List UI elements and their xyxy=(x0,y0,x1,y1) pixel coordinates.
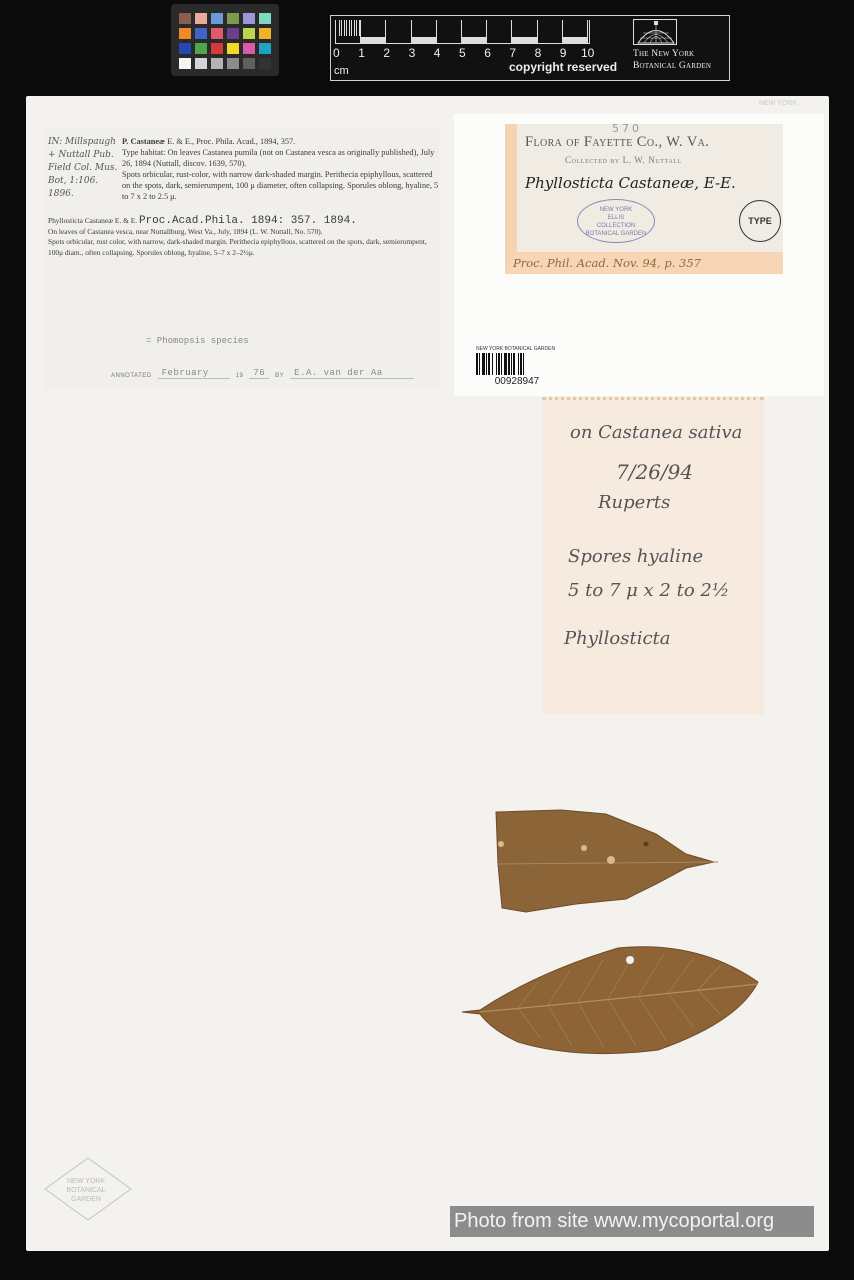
ruler-number: 9 xyxy=(560,46,567,60)
color-swatch xyxy=(195,13,207,24)
ruler-mm-tick xyxy=(339,20,340,36)
ruler-number: 4 xyxy=(434,46,441,60)
ruler-number: 6 xyxy=(484,46,491,60)
ruler-mm-tick xyxy=(351,20,352,36)
barcode-institution: NEW YORK BOTANICAL GARDEN xyxy=(476,346,558,352)
barcode-bars-icon xyxy=(476,353,558,375)
annotation-annotator: E.A. van der Aa xyxy=(290,368,414,379)
conservatory-dome-icon xyxy=(633,19,677,45)
color-swatch xyxy=(227,13,239,24)
ruler-segment xyxy=(437,20,462,44)
ruler-copyright: copyright reserved xyxy=(509,60,617,74)
ruler-mm-tick xyxy=(346,20,347,36)
color-swatch xyxy=(227,28,239,39)
color-swatch xyxy=(243,43,255,54)
color-swatch xyxy=(243,58,255,69)
stamp-line: ELLIS xyxy=(578,214,654,222)
diamond-stamp-text: NEW YORK BOTANICAL GARDEN xyxy=(56,1177,116,1204)
ruler-segment xyxy=(487,20,512,44)
clipping1-habitat: Type habitat: On leaves Castanea pumila … xyxy=(122,147,442,169)
species-name-handwritten: Phyllosticta Castaneæ, E-E. xyxy=(525,174,736,192)
ruler-bar xyxy=(462,37,487,43)
ruler-mm-tick xyxy=(341,20,342,36)
color-swatch xyxy=(179,58,191,69)
packet-date-line: 7/26/94 xyxy=(616,460,693,484)
ruler-scale-bar xyxy=(335,20,590,44)
nybg-wordmark-line1: The New York xyxy=(633,48,711,60)
ruler-segment xyxy=(538,20,563,44)
ruler-mm-tick xyxy=(359,20,360,36)
color-checker-card xyxy=(171,4,279,76)
annotation-slip: ANNOTATED February 19 76 BY E.A. van der… xyxy=(111,368,414,379)
ruler-bar xyxy=(412,37,437,43)
ruler-number: 2 xyxy=(383,46,390,60)
collector-line: Collected by L. W. Nuttall xyxy=(565,155,682,165)
ruler-mm-tick xyxy=(349,20,350,36)
ruler-mm-tick xyxy=(354,20,355,36)
annotation-by-label: BY xyxy=(275,373,284,379)
source-watermark: Photo from site www.mycoportal.org xyxy=(450,1206,814,1237)
ruler-number: 3 xyxy=(409,46,416,60)
ruler-number: 0 xyxy=(333,46,340,60)
clipping2-name: Phyllosticta Castaneæ E. & E. xyxy=(48,216,137,225)
annotation-year-prefix: 19 xyxy=(236,373,244,379)
stamp-line: BOTANICAL xyxy=(56,1186,116,1195)
ruler-bar xyxy=(512,37,537,43)
ruler-unit: cm xyxy=(334,65,349,77)
packet-size-line: 5 to 7 μ x 2 to 2½ xyxy=(568,580,729,601)
stamp-line: NEW YORK xyxy=(56,1177,116,1186)
ruler-mm-tick xyxy=(356,20,357,36)
color-swatch xyxy=(195,58,207,69)
packet-host-line: on Castanea sativa xyxy=(570,422,742,443)
barcode-number: 00928947 xyxy=(476,376,558,387)
annotation-month: February xyxy=(158,368,230,379)
color-swatch xyxy=(179,13,191,24)
clipping1-authority: E. & E., Proc. Phila. Acad., 1894, 357. xyxy=(167,137,295,146)
publication-clipping-2: Phyllosticta Castaneæ E. & E. Proc.Acad.… xyxy=(48,216,438,258)
color-swatch xyxy=(179,43,191,54)
color-swatch xyxy=(179,28,191,39)
ruler-numbers: 012345678910 xyxy=(333,46,603,60)
color-swatch xyxy=(211,43,223,54)
ruler-number: 7 xyxy=(509,46,516,60)
ruler-segment xyxy=(386,20,411,44)
publication-clipping-1: P. Castaneæ E. & E., Proc. Phila. Acad.,… xyxy=(122,136,442,202)
stamp-line: BOTANICAL GARDEN xyxy=(578,230,654,238)
color-swatch xyxy=(211,58,223,69)
ruler-bar xyxy=(563,37,588,43)
leaf-specimen-upper xyxy=(486,804,726,919)
color-swatch xyxy=(259,13,271,24)
ruler-mm-tick xyxy=(344,20,345,36)
original-description-label: IN: Millspaugh + Nuttall Pub. Field Col.… xyxy=(44,128,439,390)
color-swatch xyxy=(195,43,207,54)
type-specimen-stamp: TYPE xyxy=(739,200,781,242)
handwritten-packet-note: on Castanea sativa 7/26/94 Ruperts Spore… xyxy=(542,397,764,715)
institution-stamp-faint: NEW YORK xyxy=(759,100,797,107)
color-swatch xyxy=(227,43,239,54)
nybg-wordmark: The New York Botanical Garden xyxy=(633,48,711,72)
ruler-number: 8 xyxy=(535,46,542,60)
leaf-specimen-lower xyxy=(458,942,768,1060)
clipping1-description: Spots orbicular, rust-color, with narrow… xyxy=(122,169,442,202)
ruler-bar xyxy=(361,37,386,43)
herbarium-sheet: IN: Millspaugh + Nuttall Pub. Field Col.… xyxy=(26,96,829,1251)
specimen-barcode: NEW YORK BOTANICAL GARDEN 00928947 xyxy=(476,346,558,387)
collector-label: 570 Flora of Fayette Co., W. Va. Collect… xyxy=(505,124,783,274)
clipping2-locality: On leaves of Castanea vesca, near Nuttal… xyxy=(48,227,438,238)
color-swatch xyxy=(259,28,271,39)
stamp-line: COLLECTION xyxy=(578,222,654,230)
color-swatch xyxy=(243,28,255,39)
color-swatch xyxy=(259,43,271,54)
ruler-number: 1 xyxy=(358,46,365,60)
publication-reference-handwritten: Proc. Phil. Acad. Nov. 94, p. 357 xyxy=(513,256,701,270)
clipping2-typed-reference: Proc.Acad.Phila. 1894: 357. 1894. xyxy=(139,215,357,227)
color-swatch xyxy=(211,13,223,24)
ellis-collection-stamp: NEW YORK ELLIS COLLECTION BOTANICAL GARD… xyxy=(577,199,655,243)
stamp-line: NEW YORK xyxy=(578,206,654,214)
color-swatch xyxy=(227,58,239,69)
color-swatch xyxy=(211,28,223,39)
packet-genus-line: Phyllosticta xyxy=(564,628,671,649)
scale-ruler: 012345678910 cm copyright reserved The N… xyxy=(330,15,730,81)
color-swatch xyxy=(243,13,255,24)
nybg-wordmark-line2: Botanical Garden xyxy=(633,60,711,72)
annotated-label: ANNOTATED xyxy=(111,373,152,379)
stamp-line: GARDEN xyxy=(56,1195,116,1204)
annotation-year: 76 xyxy=(249,368,269,379)
clipping2-description: Spots orbicular, rust color, with narrow… xyxy=(48,237,438,258)
handwritten-citation: IN: Millspaugh + Nuttall Pub. Field Col.… xyxy=(48,136,120,201)
color-swatch xyxy=(259,58,271,69)
color-swatch xyxy=(195,28,207,39)
packet-locality-line: Ruperts xyxy=(598,492,670,513)
clipping1-name: P. Castaneæ xyxy=(122,137,165,146)
flora-title: Flora of Fayette Co., W. Va. xyxy=(525,134,709,151)
ruler-number: 10 xyxy=(581,46,594,60)
determination-text: = Phomopsis species xyxy=(146,336,249,346)
packet-spores-line: Spores hyaline xyxy=(568,546,703,567)
ruler-number: 5 xyxy=(459,46,466,60)
